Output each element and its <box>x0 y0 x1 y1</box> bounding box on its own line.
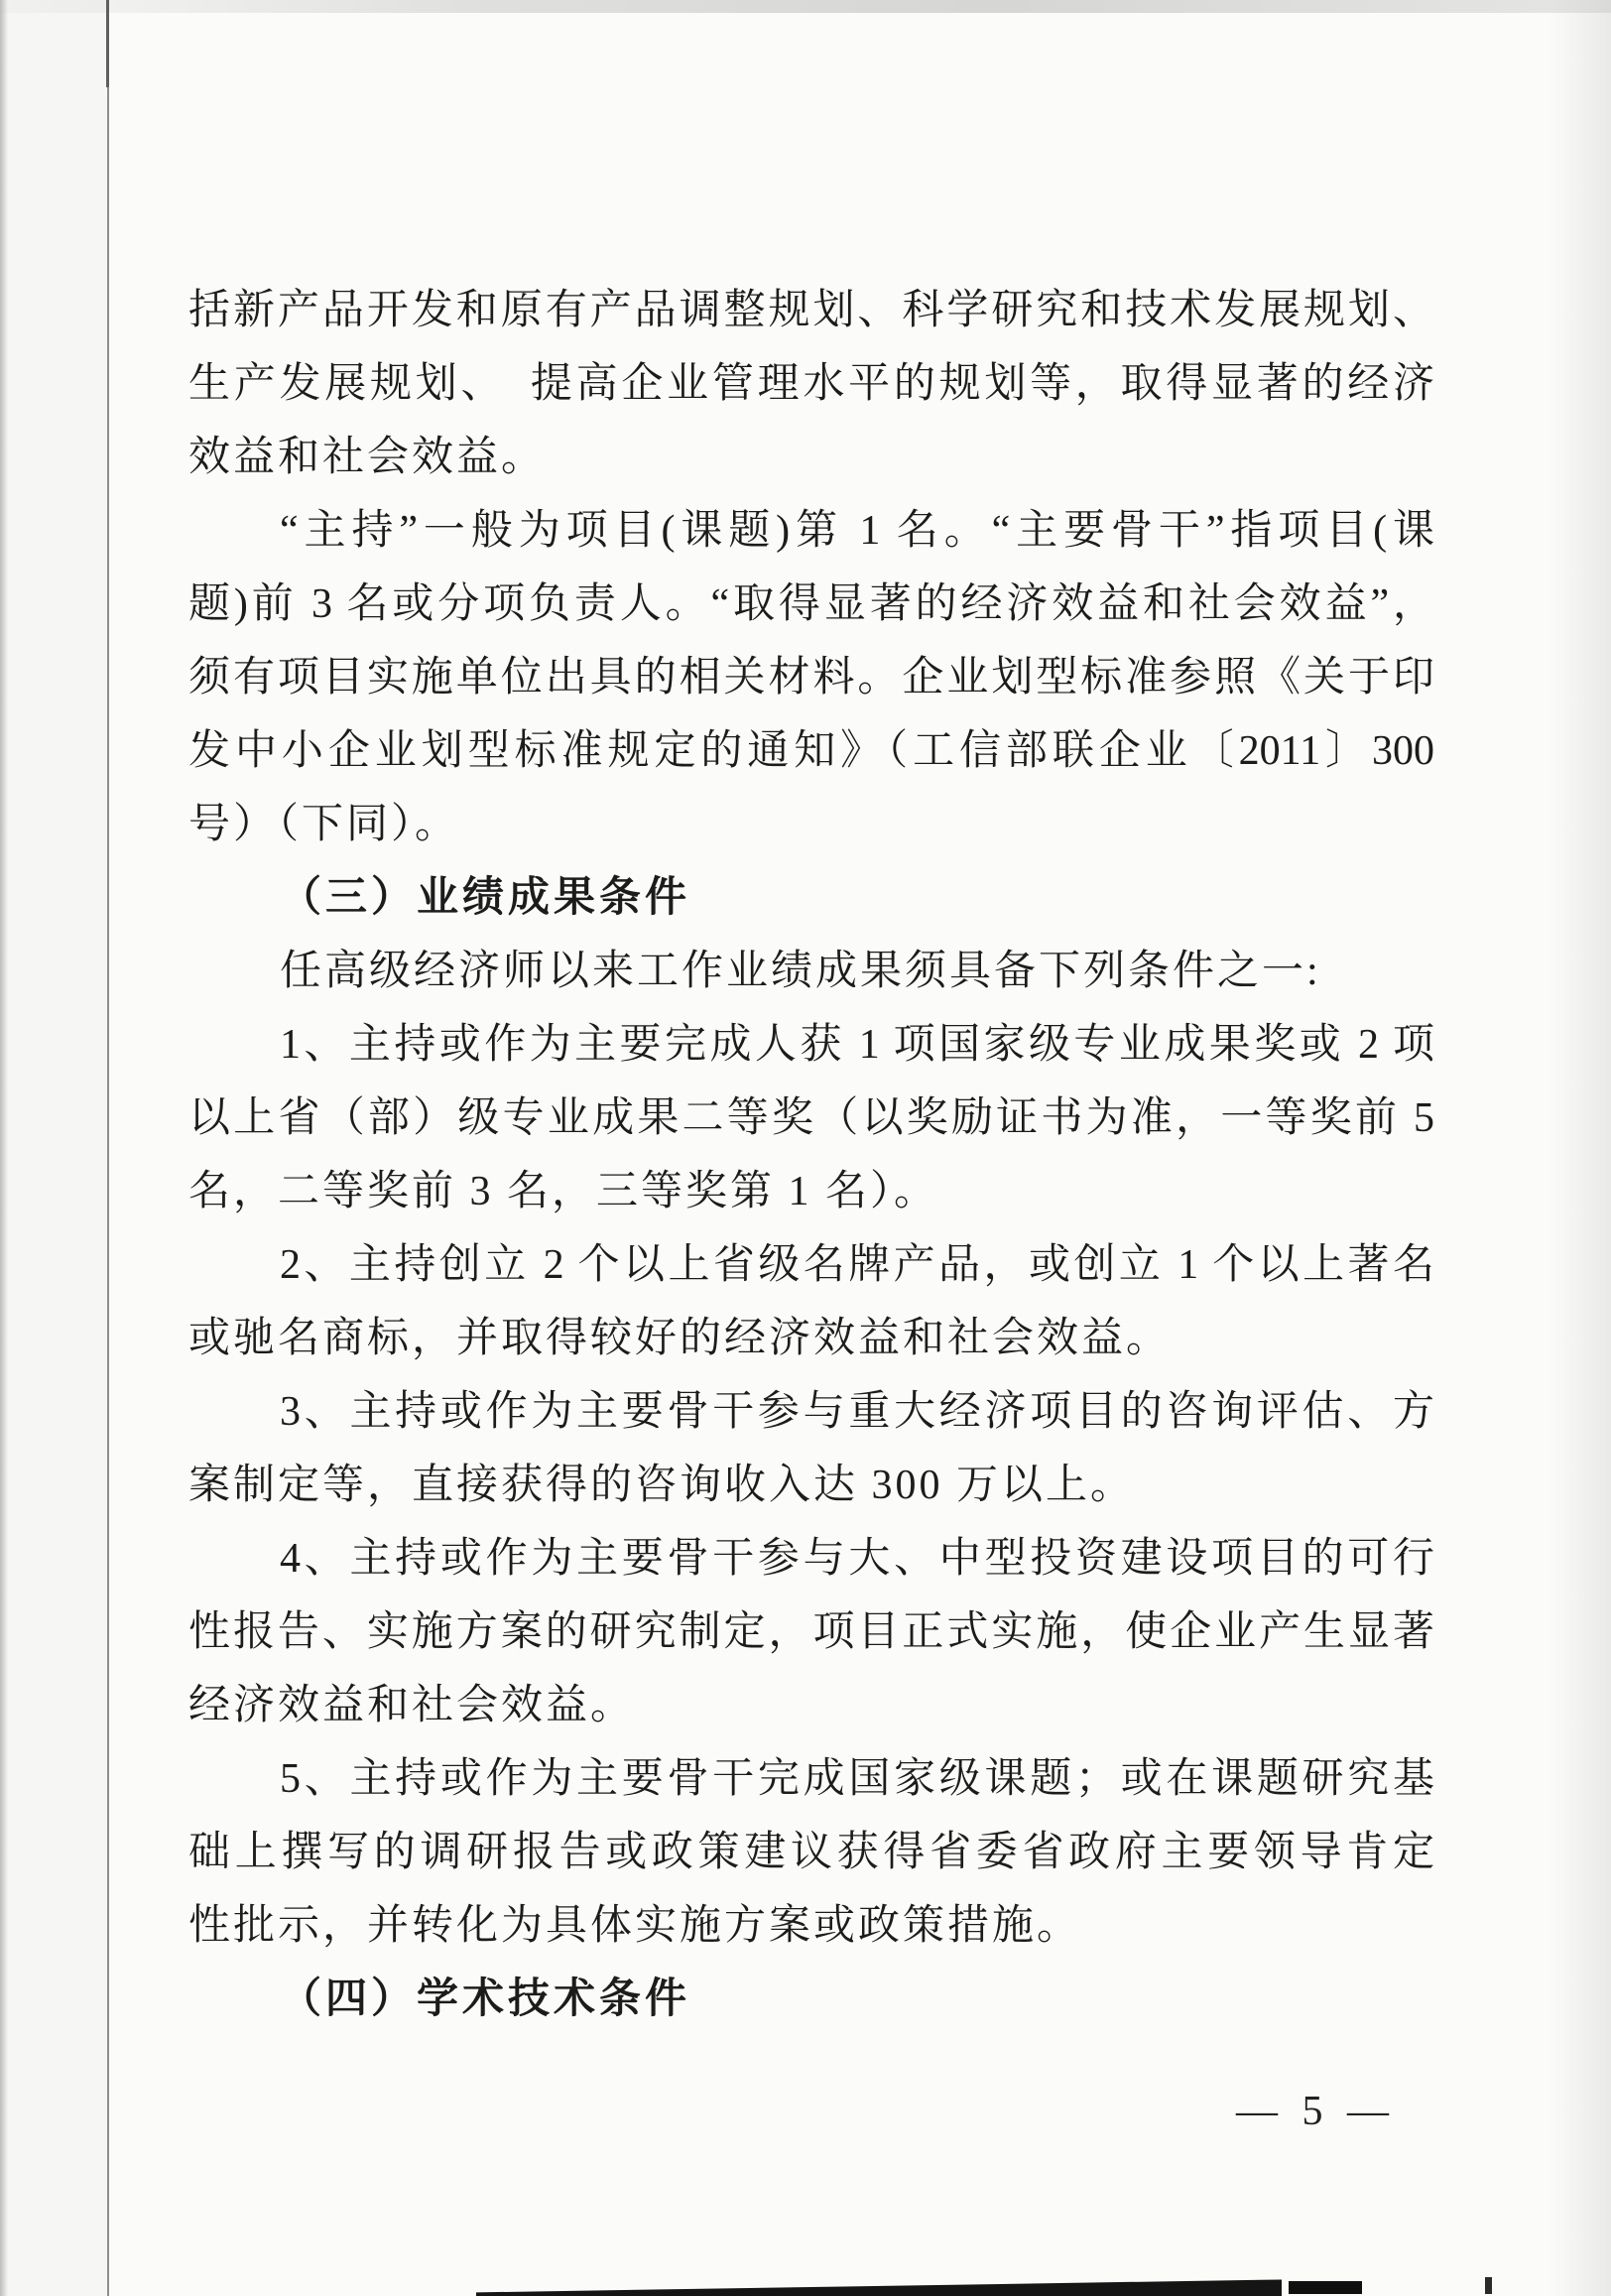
scan-top-edge-band <box>0 0 1611 13</box>
text-line: 以上省（部）级专业成果二等奖（以奖励证书为准，一等奖前 5 <box>188 1082 1434 1155</box>
text-line: 1、主持或作为主要完成人获 1 项国家级专业成果奖或 2 项 <box>188 1008 1434 1082</box>
text-line: 2、主持创立 2 个以上省级名牌产品，或创立 1 个以上著名 <box>188 1228 1434 1302</box>
text-line: “主持”一般为项目(课题)第 1 名。“主要骨干”指项目(课 <box>188 494 1434 568</box>
text-line: 性批示，并转化为具体实施方案或政策措施。 <box>188 1889 1434 1963</box>
text-line: 4、主持或作为主要骨干参与大、中型投资建设项目的可行 <box>188 1522 1434 1595</box>
text-line: 生产发展规划、 提高企业管理水平的规划等，取得显著的经济 <box>188 347 1434 421</box>
scan-left-edge-shadow <box>0 0 8 2296</box>
scan-bottom-edge-wedge <box>476 2278 1282 2296</box>
text-line: 经济效益和社会效益。 <box>188 1669 1434 1742</box>
text-line: 础上撰写的调研报告或政策建议获得省委省政府主要领导肯定 <box>188 1816 1434 1889</box>
page-number: — 5 — <box>1236 2090 1396 2133</box>
scan-vertical-fold-line <box>107 0 109 2296</box>
text-line: 或驰名商标，并取得较好的经济效益和社会效益。 <box>188 1302 1434 1375</box>
scan-right-edge-shadow <box>1549 0 1611 2296</box>
scan-bottom-edge-bar <box>1289 2281 1362 2294</box>
scanned-document-page: 括新产品开发和原有产品调整规划、科学研究和技术发展规划、 生产发展规划、 提高企… <box>0 0 1611 2296</box>
section-heading-4: （四）学术技术条件 <box>188 1963 1434 2036</box>
text-line: 发中小企业划型标准规定的通知》（工信部联企业〔2011〕300 <box>188 714 1434 788</box>
text-line: 3、主持或作为主要骨干参与重大经济项目的咨询评估、方 <box>188 1375 1434 1449</box>
text-line: 案制定等，直接获得的咨询收入达 300 万以上。 <box>188 1449 1434 1522</box>
text-line: 名，二等奖前 3 名，三等奖第 1 名）。 <box>188 1155 1434 1228</box>
text-line: 括新产品开发和原有产品调整规划、科学研究和技术发展规划、 <box>188 274 1434 347</box>
scan-left-margin-shading <box>0 0 108 2296</box>
text-line: 号）（下同）。 <box>188 788 1434 861</box>
text-line: 须有项目实施单位出具的相关材料。企业划型标准参照《关于印 <box>188 641 1434 714</box>
text-line: 题)前 3 名或分项负责人。“取得显著的经济效益和社会效益”， <box>188 568 1434 641</box>
text-line: 效益和社会效益。 <box>188 421 1434 494</box>
scan-vertical-fold-line-top <box>106 0 109 87</box>
text-line: 性报告、实施方案的研究制定，项目正式实施，使企业产生显著 <box>188 1595 1434 1669</box>
scan-bottom-edge-tick <box>1485 2277 1492 2294</box>
text-line: 5、主持或作为主要骨干完成国家级课题；或在课题研究基 <box>188 1742 1434 1816</box>
section-heading-3: （三）业绩成果条件 <box>188 861 1434 935</box>
document-body: 括新产品开发和原有产品调整规划、科学研究和技术发展规划、 生产发展规划、 提高企… <box>188 274 1434 2036</box>
text-line: 任高级经济师以来工作业绩成果须具备下列条件之一: <box>188 935 1434 1008</box>
